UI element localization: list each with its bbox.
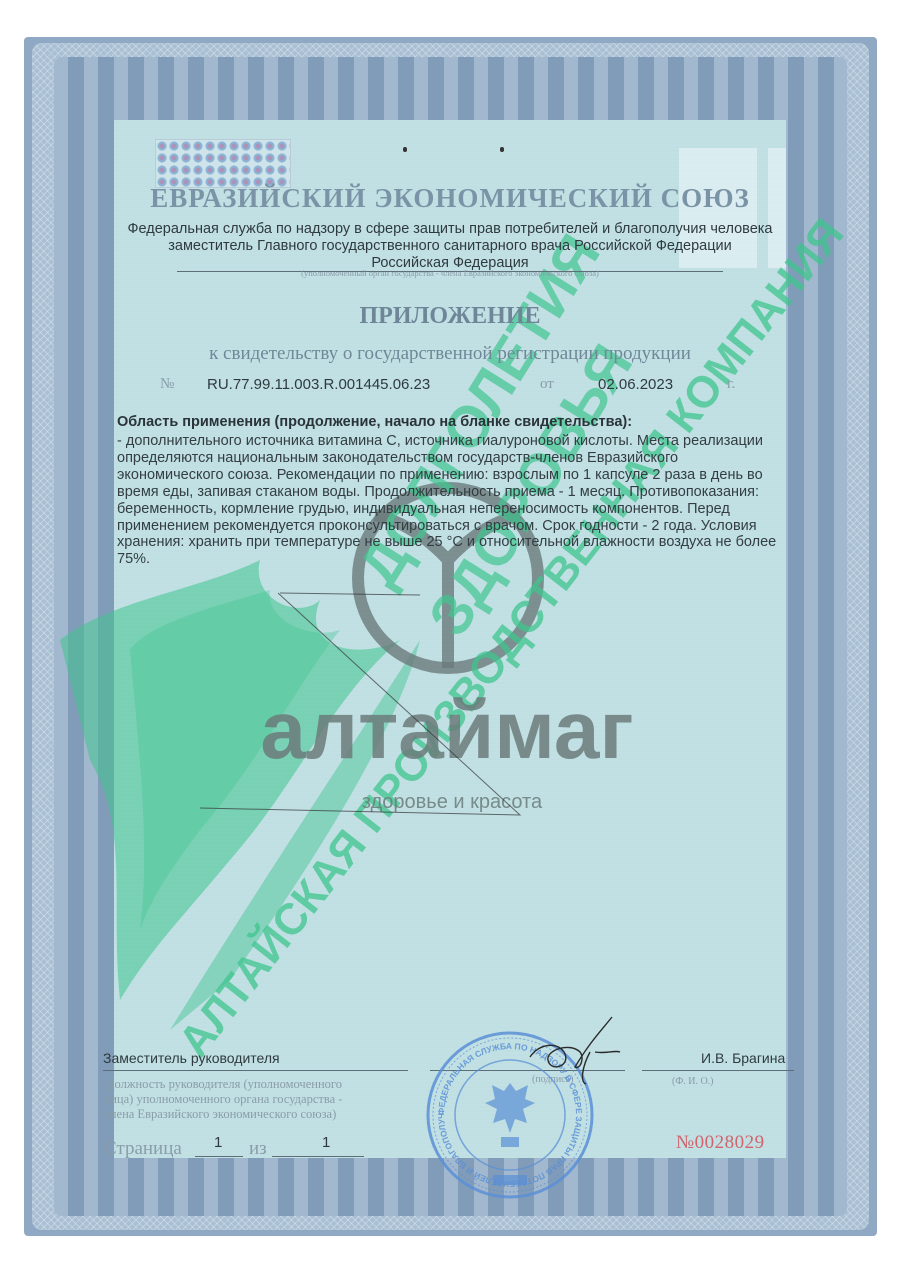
union-title: ЕВРАЗИЙСКИЙ ЭКОНОМИЧЕСКИЙ СОЮЗ xyxy=(0,183,900,214)
position-line xyxy=(103,1070,408,1071)
fio-caption: (Ф. И. О.) xyxy=(672,1076,714,1087)
appendix-title: ПРИЛОЖЕНИЕ xyxy=(0,303,900,330)
agency-line-2: заместитель Главного государственного са… xyxy=(0,238,900,254)
page-line xyxy=(195,1156,243,1157)
fio-line xyxy=(642,1070,794,1071)
caption-line: члена Евразийского экономического союза) xyxy=(104,1107,342,1122)
signatory-name: И.В. Брагина xyxy=(701,1050,785,1066)
page-label: Страница xyxy=(104,1138,182,1160)
scope-text: - дополнительного источника витамина С, … xyxy=(117,433,797,568)
position-caption: (должность руководителя (уполномоченного… xyxy=(104,1077,342,1122)
scope-line: - дополнительного источника витамина С, … xyxy=(117,433,797,450)
double-headed-eagle-icon xyxy=(485,1083,535,1147)
page-total: 1 xyxy=(322,1134,330,1151)
scope-line: экономического союза. Рекомендации по пр… xyxy=(117,467,797,484)
scope-line: хранения: хранить при температуре не выш… xyxy=(117,534,797,551)
caption-line: лица) уполномоченного органа государства… xyxy=(104,1092,342,1107)
scope-line: 75%. xyxy=(117,551,797,568)
page-number: 1 xyxy=(214,1134,222,1151)
scope-line: беременность, кормление грудью, индивиду… xyxy=(117,501,797,518)
of-label: из xyxy=(249,1138,267,1160)
number-label: № xyxy=(160,376,174,393)
signatory-position: Заместитель руководителя xyxy=(103,1050,280,1066)
handwritten-signature xyxy=(520,1012,630,1092)
scope-line: определяются национальным законодательст… xyxy=(117,450,797,467)
agency-line-1: Федеральная служба по надзору в сфере за… xyxy=(0,221,900,237)
scope-heading: Область применения (продолжение, начало … xyxy=(117,414,632,430)
registration-number: RU.77.99.11.003.R.001445.06.23 xyxy=(207,376,430,393)
year-suffix: г. xyxy=(727,376,735,393)
appendix-subtitle: к свидетельству о государственной регист… xyxy=(0,343,900,365)
date-label: от xyxy=(540,376,554,393)
scope-line: время еды, запивая стаканом воды. Продол… xyxy=(117,484,797,501)
serial-number: №0028029 xyxy=(676,1132,765,1154)
caption-line: (должность руководителя (уполномоченного xyxy=(104,1077,342,1092)
total-line xyxy=(272,1156,364,1157)
scope-line: применением рекомендуется проконсультиро… xyxy=(117,518,797,535)
registration-date: 02.06.2023 xyxy=(598,376,673,393)
agency-caption: (уполномоченный орган государства - член… xyxy=(0,268,900,278)
